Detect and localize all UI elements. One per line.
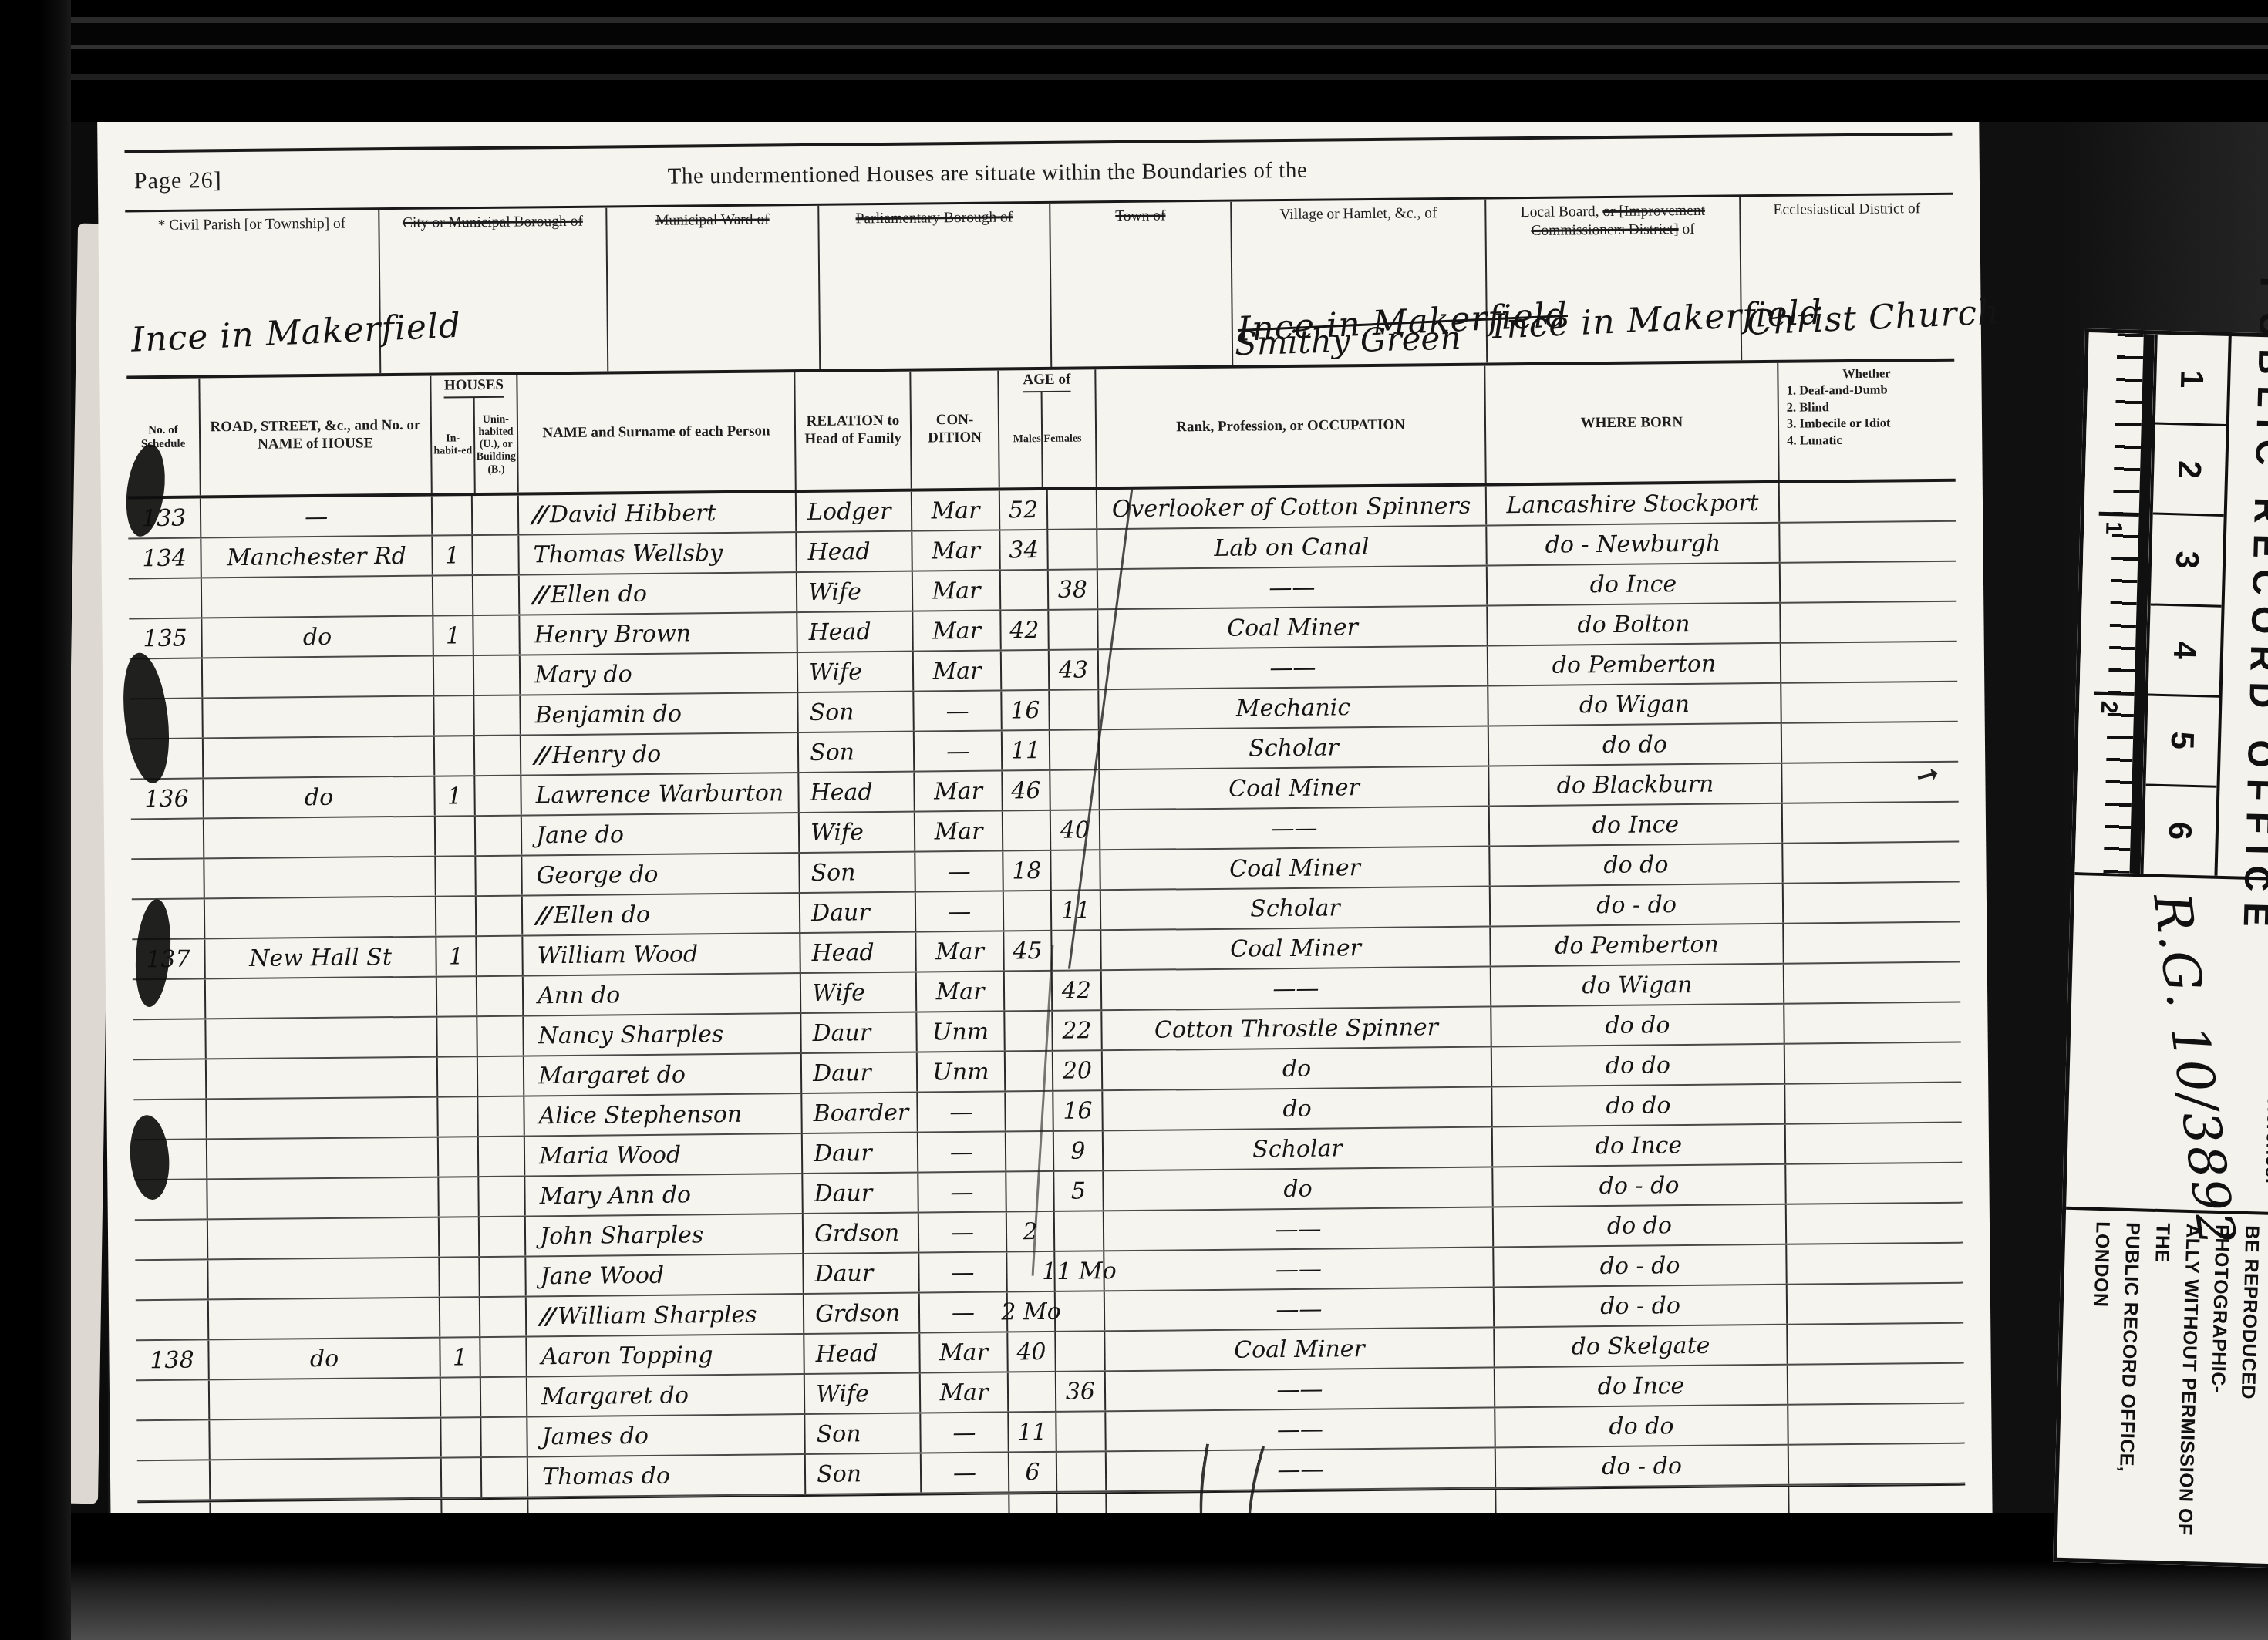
- age-female: [1048, 530, 1097, 569]
- schedule-number: [133, 1059, 207, 1099]
- age-female: 43: [1050, 650, 1099, 689]
- age-males-label: Males: [1012, 392, 1043, 488]
- age-females-label: Females: [1043, 392, 1083, 487]
- marital-condition: Mar: [915, 812, 1003, 851]
- where-born: do Pemberton: [1491, 924, 1784, 966]
- person-name: Margaret do: [527, 1375, 805, 1416]
- marital-condition: —: [919, 1252, 1007, 1291]
- person-name: Maria Wood: [525, 1134, 803, 1175]
- person-name: Mary do: [521, 653, 798, 694]
- houses-inhabited: [440, 1217, 480, 1256]
- situate-line: The undermentioned Houses are situate wi…: [668, 157, 1308, 189]
- person-name: Aaron Topping: [527, 1335, 804, 1376]
- infirmity-cell: [1781, 562, 1956, 602]
- infirmity-cell: [1785, 1083, 1961, 1123]
- age-female: 9: [1054, 1131, 1104, 1170]
- age-female: 36: [1056, 1372, 1106, 1411]
- relation-to-head: Son: [799, 732, 915, 772]
- occupation: Cotton Throstle Spinner: [1102, 1007, 1491, 1049]
- relation-to-head: Son: [798, 692, 914, 732]
- col-road-header: ROAD, STREET, &c., and No. or NAME of HO…: [200, 376, 432, 496]
- road-name: [204, 857, 436, 898]
- age-female: 11 Mo: [1055, 1251, 1104, 1291]
- person-name: Ann do: [524, 974, 801, 1015]
- where-born: do do: [1491, 1005, 1784, 1046]
- occupation: do: [1103, 1087, 1492, 1130]
- marital-condition: —: [921, 1413, 1009, 1452]
- where-born: Lancashire Stockport: [1487, 483, 1780, 525]
- relation-to-head: Son: [800, 853, 915, 892]
- infirmity-cell: [1788, 1324, 1963, 1364]
- occupation: Lab on Canal: [1097, 526, 1487, 568]
- houses-inhabited: [442, 1458, 482, 1497]
- houses-uninhabited: [477, 897, 523, 936]
- houses-inhabited: 1: [440, 1338, 480, 1376]
- marital-condition: —: [915, 732, 1003, 771]
- person-name: Benjamin do: [521, 693, 798, 734]
- road-name: do: [202, 617, 433, 658]
- district-cell: Parliamentary Borough of: [819, 204, 1052, 369]
- marital-condition: Mar: [920, 1332, 1008, 1372]
- infirmity-cell: [1780, 522, 1956, 562]
- houses-inhabited: [441, 1378, 481, 1416]
- houses-inhabited: [435, 736, 475, 775]
- person-name: //Henry do: [521, 733, 799, 774]
- person-name: Mary Ann do: [525, 1174, 803, 1215]
- houses-inhabited: 1: [433, 536, 473, 574]
- relation-to-head: Son: [806, 1454, 922, 1494]
- where-born: do Wigan: [1488, 684, 1781, 726]
- relation-to-head: Daur: [804, 1254, 919, 1293]
- district-label: Local Board, or [Improvement Commissione…: [1492, 201, 1733, 241]
- pro-reference-section: Reference:— R.G. 10/3892: [2066, 875, 2268, 1215]
- houses-uninhabited: [479, 1177, 525, 1216]
- road-name: New Hall St: [205, 938, 436, 978]
- houses-group-label: HOUSES: [444, 375, 504, 399]
- houses-uninhabited: [478, 1096, 524, 1136]
- infirmity-item: 2. Blind: [1787, 399, 1829, 416]
- occupation: ——: [1106, 1368, 1495, 1410]
- houses-inhabited: [434, 696, 474, 735]
- age-male: 52: [1000, 490, 1048, 530]
- age-female: [1056, 1332, 1105, 1371]
- age-female: [1056, 1291, 1105, 1331]
- infirmity-cell: [1783, 843, 1959, 883]
- relation-to-head: Daur: [802, 1053, 918, 1093]
- schedule-number: [136, 1300, 209, 1339]
- marital-condition: Mar: [917, 972, 1005, 1012]
- age-male: 11: [1009, 1413, 1056, 1452]
- where-born: do do: [1490, 844, 1783, 886]
- age-female: [1056, 1412, 1106, 1451]
- houses-uninhabited: [477, 937, 523, 976]
- relation-to-head: Wife: [801, 973, 917, 1012]
- person-name: George do: [522, 854, 800, 894]
- film-bottom-band: [0, 1513, 2268, 1640]
- where-born: do - do: [1494, 1245, 1787, 1287]
- houses-uninhabited: [482, 1457, 528, 1497]
- table-header: No. of Schedule ROAD, STREET, &c., and N…: [126, 362, 1955, 500]
- occupation: Mechanic: [1099, 686, 1488, 729]
- occupation: ——: [1107, 1448, 1496, 1490]
- where-born: do - do: [1493, 1165, 1786, 1207]
- occupation: ——: [1105, 1288, 1495, 1330]
- district-label: City or Municipal Borough of: [386, 213, 599, 234]
- infirmity-cell: [1784, 1003, 1960, 1043]
- where-born: do - Newburgh: [1487, 524, 1780, 565]
- relation-to-head: Daur: [801, 1013, 917, 1052]
- infirmity-item: 1. Deaf-and-Dumb: [1786, 382, 1887, 399]
- houses-uninhabited: [480, 1217, 526, 1256]
- person-name: Lawrence Warburton: [521, 773, 799, 814]
- col-condition-header: CON-DITION: [911, 371, 999, 489]
- marital-condition: Mar: [913, 611, 1001, 651]
- pro-box-number: 5: [2145, 695, 2219, 788]
- age-male: [1004, 891, 1052, 931]
- age-male: 46: [1003, 771, 1050, 810]
- notice-line: ALLY WITHOUT PERMISSION OF THE: [2139, 1223, 2208, 1551]
- age-group-label: AGE of: [1023, 370, 1070, 392]
- notice-line: PUBLIC RECORD OFFICE, LONDON: [2079, 1221, 2148, 1550]
- relation-to-head: Grdson: [804, 1214, 919, 1253]
- infirmity-cell: [1787, 1244, 1963, 1284]
- household-separator-mark: //: [529, 501, 550, 528]
- relation-to-head: Boarder: [802, 1093, 918, 1133]
- age-female: [1055, 1211, 1104, 1251]
- age-female: 22: [1053, 1011, 1102, 1050]
- houses-uninhabited: [474, 696, 521, 736]
- where-born: do Ince: [1488, 564, 1781, 605]
- houses-uninhabited: [475, 736, 521, 776]
- occupation: Coal Miner: [1100, 766, 1489, 809]
- relation-to-head: Son: [805, 1414, 921, 1453]
- person-name: //William Sharples: [527, 1295, 804, 1335]
- marital-condition: Mar: [914, 652, 1002, 691]
- infirmity-cell: [1784, 883, 1960, 923]
- marital-condition: Mar: [912, 491, 1000, 530]
- relation-to-head: Head: [797, 532, 912, 571]
- houses-inhabited: 1: [433, 616, 473, 655]
- person-name: //David Hibbert: [519, 493, 797, 534]
- infirmity-cell: [1788, 1404, 1964, 1444]
- reference-label: Reference:—: [2260, 1080, 2268, 1204]
- pro-reference-card: PUBLIC RECORD OFFICE 123456 1 2 Referenc…: [2082, 332, 2268, 1565]
- relation-to-head: Daur: [803, 1133, 918, 1173]
- occupation: ——: [1102, 967, 1491, 1009]
- infirmity-cell: [1783, 803, 1959, 843]
- road-name: [204, 737, 435, 778]
- age-female: [1051, 850, 1100, 890]
- houses-inhabited-label: In-habit-ed: [432, 398, 476, 493]
- occupation: ——: [1099, 646, 1488, 689]
- houses-inhabited: [436, 817, 476, 855]
- houses-inhabited: [439, 1137, 479, 1176]
- houses-uninhabited: [473, 576, 520, 615]
- infirmity-cell: [1780, 482, 1956, 522]
- household-separator-mark: //: [531, 742, 552, 769]
- houses-inhabited: [433, 576, 473, 615]
- road-name: [207, 1098, 438, 1139]
- relation-to-head: Grdson: [804, 1294, 920, 1333]
- age-female: 20: [1053, 1051, 1103, 1090]
- schedule-number: [131, 859, 204, 898]
- pro-box-number: 6: [2143, 786, 2216, 876]
- where-born: do do: [1492, 1045, 1785, 1086]
- district-label: Municipal Ward of: [613, 210, 811, 231]
- marital-condition: —: [919, 1212, 1007, 1251]
- schedule-number: [137, 1460, 211, 1500]
- relation-to-head: Daur: [803, 1174, 918, 1213]
- houses-uninhabited: [480, 1337, 527, 1376]
- where-born: do Ince: [1490, 804, 1783, 846]
- infirmity-cell: [1781, 602, 1956, 642]
- col-relation-header: RELATION to Head of Family: [795, 372, 912, 490]
- where-born: do do: [1492, 1085, 1785, 1126]
- relation-to-head: Wife: [800, 813, 915, 852]
- houses-inhabited: [433, 496, 473, 534]
- person-name: Nancy Sharples: [524, 1014, 801, 1055]
- infirmity-cell: [1789, 1444, 1965, 1484]
- relation-to-head: Daur: [800, 893, 916, 932]
- age-female: [1048, 490, 1097, 529]
- age-male: 34: [1000, 530, 1048, 570]
- schedule-number: [136, 1380, 210, 1419]
- pro-card-left-section: PUBLIC RECORD OFFICE 123456 1 2: [2074, 332, 2268, 881]
- age-female: [1049, 610, 1098, 649]
- relation-to-head: Wife: [797, 572, 913, 611]
- relation-to-head: Head: [799, 773, 915, 812]
- district-cell: Village or Hamlet, &c., of Ince in Maker…: [1232, 199, 1488, 365]
- marital-condition: Mar: [912, 531, 1000, 571]
- district-header-row: * Civil Parish [or Township] of Ince in …: [125, 195, 1954, 379]
- schedule-number: [131, 819, 204, 858]
- road-name: [204, 817, 436, 858]
- road-name: [206, 1018, 437, 1059]
- where-born: do do: [1495, 1406, 1788, 1447]
- houses-inhabited: [440, 1258, 480, 1296]
- person-name: James do: [527, 1415, 805, 1456]
- infirmity-cell: [1785, 1043, 1961, 1083]
- person-name: William Wood: [523, 934, 800, 975]
- age-female: [1052, 931, 1101, 970]
- marital-condition: Mar: [913, 571, 1001, 611]
- marital-condition: —: [920, 1292, 1008, 1332]
- houses-inhabited: [438, 1097, 478, 1136]
- age-male: 18: [1003, 851, 1051, 891]
- age-male: [1006, 1092, 1053, 1131]
- age-female: 40: [1051, 810, 1100, 850]
- district-label: Ecclesiastical District of: [1747, 200, 1946, 221]
- infirmity-item: 3. Imbecile or Idiot: [1787, 415, 1891, 433]
- col-occupation-header: Rank, Profession, or OCCUPATION: [1096, 365, 1486, 487]
- district-cell: Ecclesiastical District of Christ Church: [1741, 195, 1954, 361]
- census-rows: 133 — //David Hibbert Lodger Mar 52 Over…: [128, 482, 1965, 1502]
- age-male: [1009, 1372, 1056, 1412]
- age-male: [1005, 972, 1053, 1011]
- schedule-number: [136, 1420, 210, 1460]
- marital-condition: Mar: [921, 1372, 1009, 1412]
- age-female: 42: [1053, 971, 1102, 1010]
- occupation: Overlooker of Cotton Spinners: [1097, 486, 1487, 528]
- road-name: [202, 577, 433, 618]
- person-name: Margaret do: [524, 1054, 802, 1095]
- road-name: —: [201, 497, 433, 537]
- where-born: do Skelgate: [1495, 1325, 1788, 1367]
- houses-uninhabited: [478, 1056, 524, 1096]
- road-name: Manchester Rd: [201, 537, 433, 578]
- age-male: [1001, 571, 1049, 610]
- occupation: Scholar: [1100, 726, 1489, 769]
- age-female: 38: [1049, 570, 1098, 609]
- relation-to-head: Head: [804, 1334, 920, 1373]
- houses-inhabited: [438, 1057, 478, 1096]
- age-male: 6: [1009, 1453, 1057, 1492]
- person-name: John Sharples: [526, 1214, 804, 1255]
- road-name: [208, 1218, 440, 1259]
- age-male: [1006, 1172, 1054, 1211]
- pro-number-boxes: 123456: [2140, 334, 2228, 875]
- ruler-inch-label: 2: [2095, 701, 2121, 715]
- marital-condition: Unm: [917, 1012, 1005, 1052]
- road-name: [211, 1459, 442, 1500]
- person-name: Thomas do: [528, 1455, 806, 1496]
- road-name: [203, 697, 434, 738]
- houses-uninhabited: [475, 776, 521, 816]
- col-houses-header: HOUSES In-habit-ed Unin-habited (U.), or…: [431, 375, 518, 493]
- relation-to-head: Wife: [798, 652, 914, 692]
- houses-inhabited: 1: [435, 776, 475, 815]
- houses-uninhabited: [480, 1297, 527, 1336]
- person-name: //Ellen do: [520, 573, 797, 614]
- occupation: Scholar: [1101, 887, 1491, 929]
- occupation: Coal Miner: [1101, 927, 1491, 969]
- district-cell: City or Municipal Borough of: [379, 207, 608, 373]
- houses-uninhabited: [473, 536, 519, 575]
- district-value-handwritten: Christ Church: [1746, 292, 2001, 343]
- road-name: [207, 1138, 439, 1179]
- person-name: Jane do: [522, 813, 800, 854]
- schedule-number: 136: [130, 779, 204, 818]
- age-male: 42: [1001, 611, 1049, 650]
- district-cell: Municipal Ward of: [607, 206, 821, 372]
- houses-uninhabited: [481, 1377, 527, 1416]
- houses-inhabited: [437, 977, 477, 1015]
- where-born: do - do: [1495, 1285, 1788, 1327]
- age-female: [1050, 690, 1099, 729]
- where-born: do - do: [1491, 884, 1784, 926]
- age-female: 5: [1054, 1171, 1104, 1211]
- relation-to-head: Wife: [805, 1374, 921, 1413]
- road-name: [208, 1258, 440, 1299]
- district-label: Village or Hamlet, &c., of: [1238, 204, 1478, 225]
- person-name: Jane Wood: [526, 1254, 804, 1295]
- houses-inhabited: [437, 1017, 477, 1056]
- occupation: ——: [1104, 1207, 1494, 1250]
- marital-condition: Unm: [918, 1052, 1006, 1092]
- age-male: 40: [1008, 1332, 1056, 1372]
- pro-box-number: 1: [2155, 335, 2229, 427]
- occupation: do: [1103, 1047, 1492, 1089]
- where-born: do - do: [1496, 1446, 1789, 1487]
- census-page: Page 26] The undermentioned Houses are s…: [97, 64, 1993, 1591]
- houses-inhabited: [436, 897, 477, 935]
- road-name: [205, 897, 436, 938]
- infirmity-cell: [1781, 642, 1957, 682]
- household-separator-mark: //: [530, 581, 551, 608]
- relation-to-head: Lodger: [797, 492, 912, 531]
- person-name: Henry Brown: [520, 613, 797, 654]
- age-male: 45: [1004, 931, 1052, 971]
- road-name: do: [209, 1339, 440, 1379]
- infirmity-cell: [1781, 682, 1957, 722]
- road-name: [209, 1298, 440, 1339]
- marital-condition: —: [916, 892, 1004, 931]
- col-infirmity-header: Whether 1. Deaf-and-Dumb 2. Blind 3. Imb…: [1778, 362, 1955, 480]
- age-male: 2 Mo: [1008, 1292, 1056, 1332]
- age-female: [1050, 730, 1100, 769]
- infirmity-cell: [1788, 1364, 1964, 1404]
- age-female: 16: [1053, 1091, 1103, 1130]
- where-born: do Ince: [1495, 1366, 1788, 1407]
- marital-condition: —: [914, 692, 1002, 731]
- houses-uninhabited: [473, 496, 519, 535]
- schedule-number: 138: [136, 1340, 209, 1379]
- infirmity-cell: [1786, 1163, 1962, 1204]
- pro-box-number: 3: [2151, 515, 2224, 608]
- person-name: //Ellen do: [523, 894, 800, 934]
- houses-uninhabited: [477, 1016, 524, 1056]
- marital-condition: —: [918, 1172, 1006, 1211]
- household-separator-mark: //: [533, 902, 554, 929]
- occupation: ——: [1106, 1408, 1495, 1450]
- marital-condition: Mar: [916, 932, 1004, 972]
- where-born: do Bolton: [1488, 604, 1781, 645]
- houses-uninhabited: [480, 1257, 526, 1296]
- houses-uninhabited: [473, 616, 520, 655]
- pro-box-number: 2: [2153, 425, 2226, 517]
- person-name: Alice Stephenson: [524, 1094, 802, 1135]
- col-age-header: AGE of Males Females: [999, 369, 1097, 487]
- houses-inhabited: [439, 1177, 479, 1216]
- age-male: 2: [1007, 1212, 1055, 1251]
- age-male: 11: [1003, 731, 1050, 770]
- occupation: do: [1104, 1167, 1493, 1210]
- houses-inhabited: 1: [436, 937, 477, 975]
- film-left-band: [0, 0, 71, 1640]
- district-cell: Local Board, or [Improvement Commissione…: [1486, 197, 1742, 362]
- houses-inhabited: [440, 1298, 480, 1336]
- houses-uninhabited: [476, 857, 522, 896]
- census-scan: { "page_header": { "page_label": "Page 2…: [0, 0, 2268, 1640]
- road-name: [206, 978, 437, 1019]
- marital-condition: —: [918, 1093, 1006, 1132]
- schedule-number: [129, 578, 202, 618]
- infirmity-item: 4. Lunatic: [1787, 432, 1842, 449]
- infirmity-cell: [1787, 1204, 1963, 1244]
- age-male: [1003, 811, 1051, 850]
- road-name: [210, 1419, 441, 1460]
- occupation: Scholar: [1104, 1127, 1493, 1170]
- schedule-number: [135, 1260, 208, 1299]
- film-top-band: [0, 0, 2268, 122]
- road-name: [210, 1379, 441, 1419]
- marital-condition: —: [915, 852, 1003, 891]
- houses-uninhabited: [476, 817, 522, 856]
- infirmity-title: Whether: [1842, 365, 1891, 382]
- road-name: [207, 1178, 439, 1219]
- ruler-inch-label: 1: [2100, 521, 2126, 535]
- schedule-number: 134: [128, 538, 201, 578]
